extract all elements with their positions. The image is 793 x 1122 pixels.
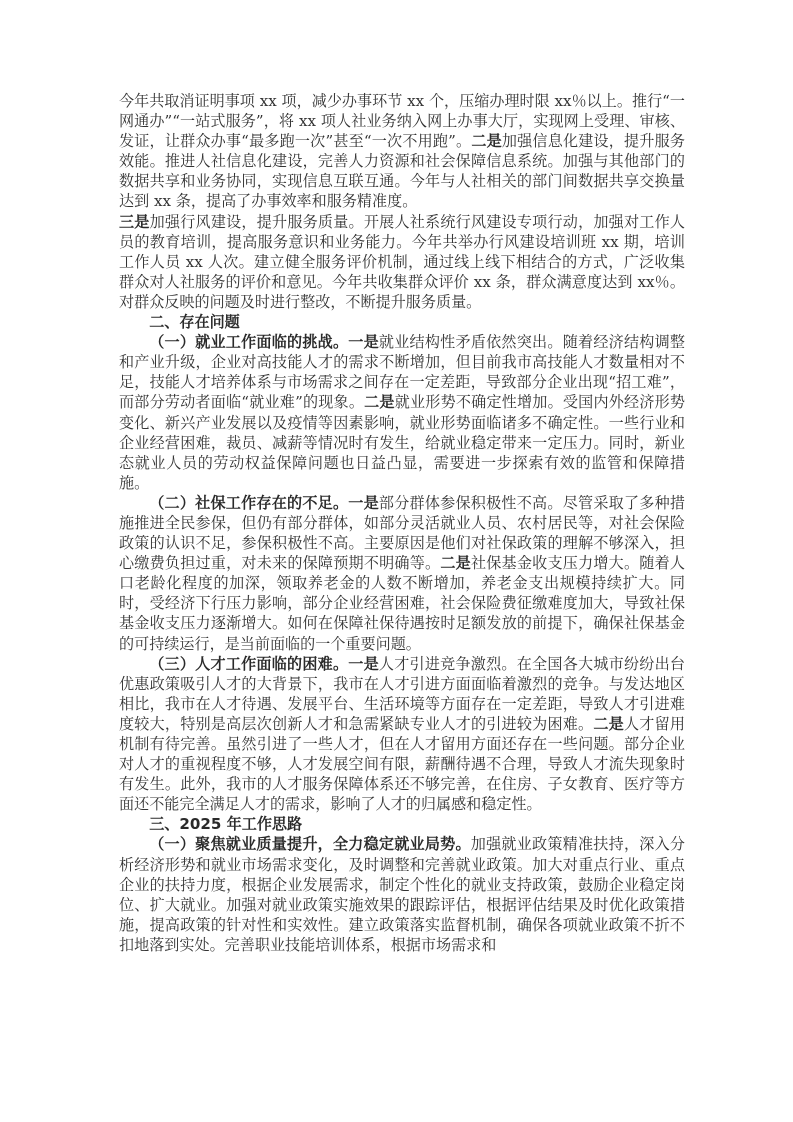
bold-lead-label: 三是 [119,213,150,231]
document-page: 今年共取消证明事项 xx 项，减少办事环节 xx 个，压缩办理时限 xx％以上。… [119,91,685,955]
paragraph-social-security-shortcomings: （二）社保工作存在的不足。一是部分群体参保积极性不高。尽管采取了多种措施推进全民… [119,493,685,654]
subsection-title: （一）就业工作面临的挑战。 [149,333,348,351]
subsection-title: （一）聚焦就业质量提升，全力稳定就业局势。 [149,835,471,853]
bold-lead-label: 二是 [471,132,502,150]
paragraph-employment-challenges: （一）就业工作面临的挑战。一是就业结构性矛盾依然突出。随着经济结构调整和产业升级… [119,332,685,493]
bold-lead-label: 二是 [440,554,471,572]
bold-lead-label: 二是 [593,715,624,733]
bold-lead-label: 一是 [348,494,379,512]
paragraph-employment-quality: （一）聚焦就业质量提升，全力稳定就业局势。加强就业政策精准扶持，深入分析经济形势… [119,834,685,955]
bold-lead-label: 一是 [348,333,379,351]
section-heading-2025-plan: 三、2025 年工作思路 [119,814,685,834]
paragraph-text: 加强行风建设，提升服务质量。开展人社系统行风建设专项行动，加强对工作人员的教育培… [119,213,685,311]
bold-lead-label: 一是 [348,655,379,673]
subsection-title: （三）人才工作面临的困难。 [149,655,348,673]
paragraph-talent-difficulties: （三）人才工作面临的困难。一是人才引进竞争激烈。在全国各大城市纷纷出台优惠政策吸… [119,654,685,815]
subsection-title: （二）社保工作存在的不足。 [149,494,348,512]
paragraph-achievements: 今年共取消证明事项 xx 项，减少办事环节 xx 个，压缩办理时限 xx％以上。… [119,91,685,312]
bold-lead-label: 二是 [364,393,395,411]
section-heading-problems: 二、存在问题 [119,312,685,332]
